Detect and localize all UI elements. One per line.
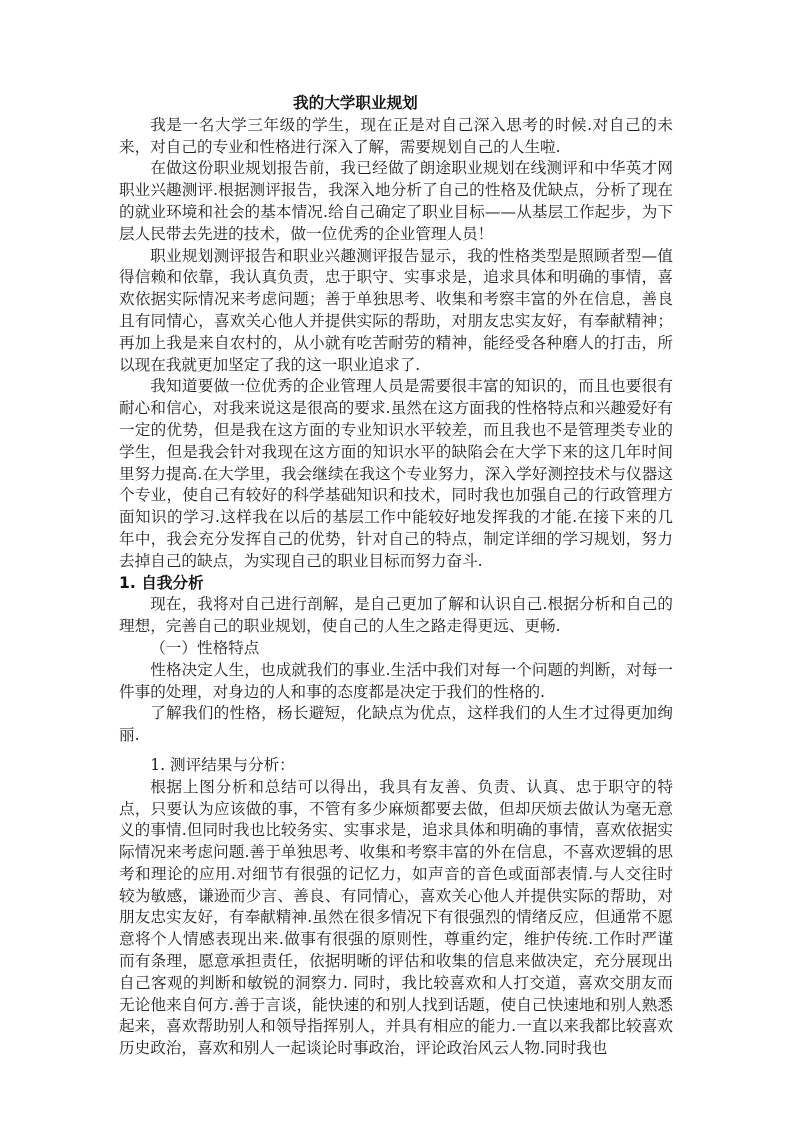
document-page: 我的大学职业规划 我是一名大学三年级的学生，现在正是对自己深入思考的时候.对自己… [119, 93, 673, 1060]
section-heading-self-analysis: 1. 自我分析 [119, 573, 673, 595]
subsection-heading-personality: （一）性格特点 [119, 638, 673, 660]
subsection-paragraph-2: 了解我们的性格，杨长避短，化缺点为优点，这样我们的人生才过得更加绚丽. [119, 703, 673, 747]
document-title: 我的大学职业规划 [119, 93, 673, 115]
intro-paragraph-1: 我是一名大学三年级的学生，现在正是对自己深入思考的时候.对自己的未来，对自己的专… [119, 115, 673, 159]
item-paragraph: 根据上图分析和总结可以得出，我具有友善、负责、认真、忠于职守的特点，只要认为应该… [119, 777, 673, 1060]
item-heading-assessment: 1. 测评结果与分析： [119, 755, 673, 777]
subsection-paragraph-1: 性格决定人生，也成就我们的事业.生活中我们对每一个问题的判断，对每一件事的处理，… [119, 660, 673, 704]
intro-paragraph-4: 我知道要做一位优秀的企业管理人员是需要很丰富的知识的，而且也要很有耐心和信心，对… [119, 376, 673, 572]
spacer [119, 747, 673, 755]
intro-paragraph-3: 职业规划测评报告和职业兴趣测评报告显示，我的性格类型是照顾者型—值得信赖和依靠，… [119, 246, 673, 377]
section-paragraph: 现在，我将对自己进行剖解，是自己更加了解和认识自己.根据分析和自己的理想，完善自… [119, 594, 673, 638]
intro-paragraph-2: 在做这份职业规划报告前，我已经做了朗途职业规划在线测评和中华英才网职业兴趣测评.… [119, 158, 673, 245]
